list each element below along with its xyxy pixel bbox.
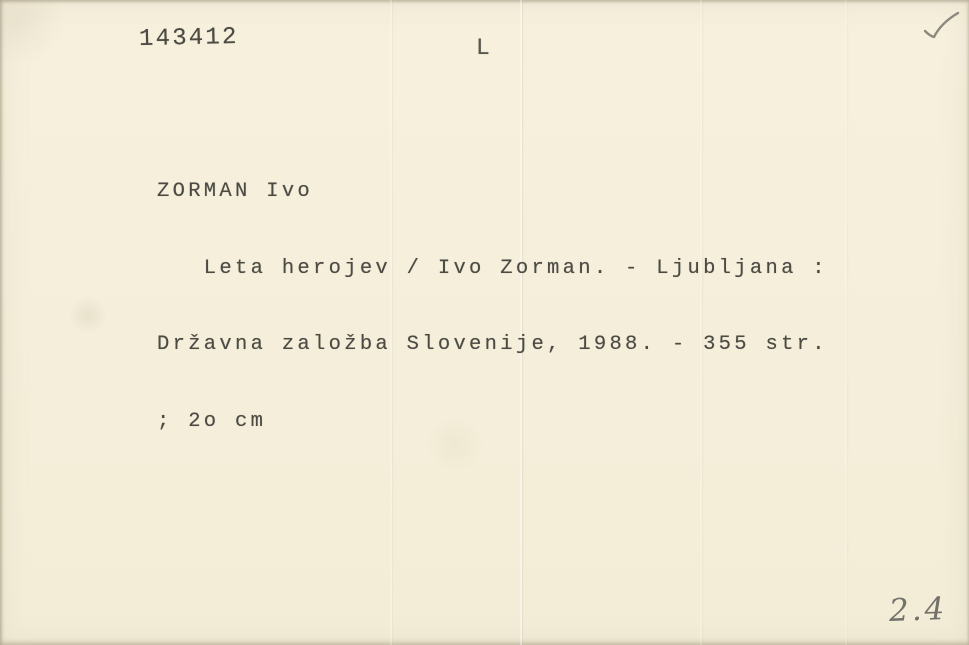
checkmark-icon — [921, 10, 963, 44]
entry-collation-line: ; 2o cm — [157, 409, 828, 435]
section-letter: L — [476, 35, 490, 61]
entry-title-line: Leta herojev / Ivo Zorman. - Ljubljana : — [157, 256, 828, 282]
paper-crease — [845, 0, 847, 645]
catalog-entry: ZORMAN Ivo Leta herojev / Ivo Zorman. - … — [157, 128, 828, 485]
handwritten-annotation: 2.4 — [888, 591, 948, 629]
catalog-card: 143412 L ZORMAN Ivo Leta herojev / Ivo Z… — [0, 0, 969, 645]
entry-heading: ZORMAN Ivo — [157, 179, 828, 205]
entry-imprint-line: Državna založba Slovenije, 1988. - 355 s… — [157, 332, 828, 358]
call-number: 143412 — [139, 24, 239, 53]
